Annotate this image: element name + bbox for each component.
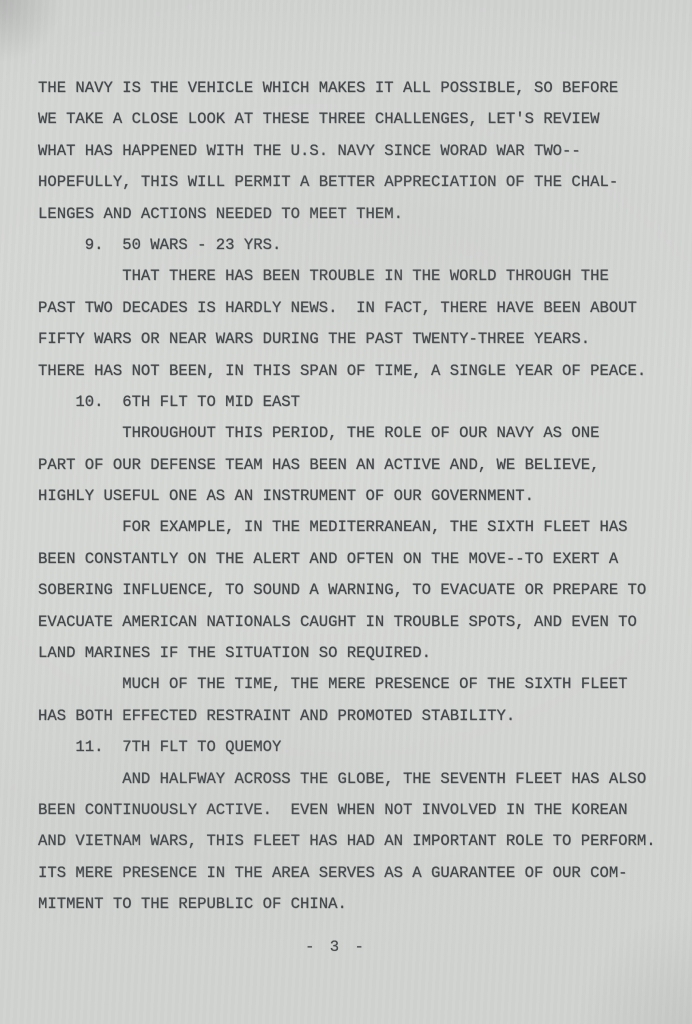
document-line: 11. 7TH FLT TO QUEMOY [38, 732, 678, 763]
document-line: PART OF OUR DEFENSE TEAM HAS BEEN AN ACT… [38, 450, 678, 481]
document-line: HAS BOTH EFFECTED RESTRAINT AND PROMOTED… [38, 701, 678, 732]
document-line: THAT THERE HAS BEEN TROUBLE IN THE WORLD… [38, 261, 678, 292]
document-line: AND VIETNAM WARS, THIS FLEET HAS HAD AN … [38, 826, 678, 857]
document-line: MUCH OF THE TIME, THE MERE PRESENCE OF T… [38, 669, 678, 700]
document-line: BEEN CONTINUOUSLY ACTIVE. EVEN WHEN NOT … [38, 795, 678, 826]
document-line: WE TAKE A CLOSE LOOK AT THESE THREE CHAL… [38, 104, 678, 135]
document-line: PAST TWO DECADES IS HARDLY NEWS. IN FACT… [38, 293, 678, 324]
document-body: THE NAVY IS THE VEHICLE WHICH MAKES IT A… [38, 73, 678, 921]
document-line: BEEN CONSTANTLY ON THE ALERT AND OFTEN O… [38, 544, 678, 575]
document-line: THROUGHOUT THIS PERIOD, THE ROLE OF OUR … [38, 418, 678, 449]
document-line: FIFTY WARS OR NEAR WARS DURING THE PAST … [38, 324, 678, 355]
document-line: AND HALFWAY ACROSS THE GLOBE, THE SEVENT… [38, 764, 678, 795]
document-line: EVACUATE AMERICAN NATIONALS CAUGHT IN TR… [38, 607, 678, 638]
document-line: SOBERING INFLUENCE, TO SOUND A WARNING, … [38, 575, 678, 606]
document-line: 9. 50 WARS - 23 YRS. [38, 230, 678, 261]
page-number: - 3 - [0, 938, 672, 956]
document-line: 10. 6TH FLT TO MID EAST [38, 387, 678, 418]
scanned-page: THE NAVY IS THE VEHICLE WHICH MAKES IT A… [0, 0, 692, 1024]
document-line: WHAT HAS HAPPENED WITH THE U.S. NAVY SIN… [38, 136, 678, 167]
document-line: HIGHLY USEFUL ONE AS AN INSTRUMENT OF OU… [38, 481, 678, 512]
document-line: FOR EXAMPLE, IN THE MEDITERRANEAN, THE S… [38, 512, 678, 543]
document-line: MITMENT TO THE REPUBLIC OF CHINA. [38, 889, 678, 920]
document-line: LENGES AND ACTIONS NEEDED TO MEET THEM. [38, 199, 678, 230]
document-line: ITS MERE PRESENCE IN THE AREA SERVES AS … [38, 858, 678, 889]
document-line: THERE HAS NOT BEEN, IN THIS SPAN OF TIME… [38, 356, 678, 387]
document-line: THE NAVY IS THE VEHICLE WHICH MAKES IT A… [38, 73, 678, 104]
document-line: HOPEFULLY, THIS WILL PERMIT A BETTER APP… [38, 167, 678, 198]
document-line: LAND MARINES IF THE SITUATION SO REQUIRE… [38, 638, 678, 669]
